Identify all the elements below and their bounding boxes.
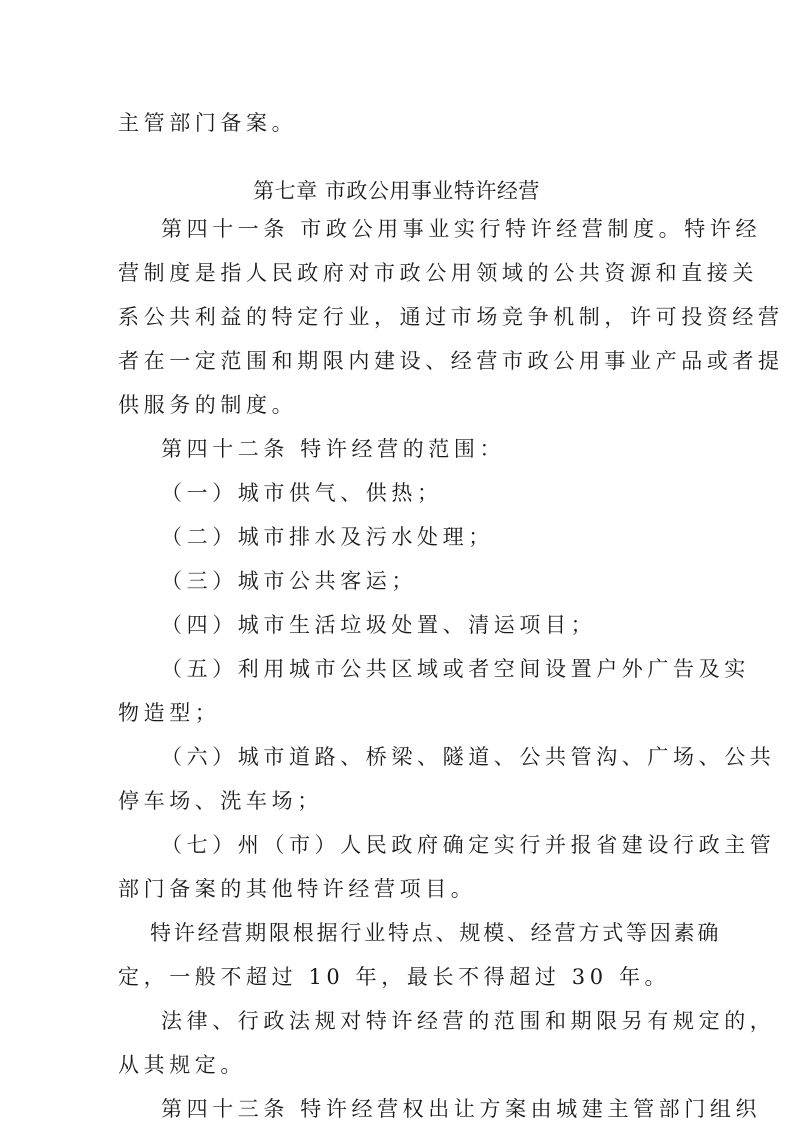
list-item-6-line-1: （六）城市道路、桥梁、隧道、公共管沟、广场、公共	[161, 742, 721, 772]
article-41-line-3: 系公共利益的特定行业，通过市场竞争机制，许可投资经营	[118, 302, 678, 332]
paragraph-line: 主管部门备案。	[118, 108, 678, 138]
chapter-heading: 第七章 市政公用事业特许经营	[0, 176, 793, 206]
article-41-line-5: 供服务的制度。	[118, 390, 678, 420]
law-paragraph-line-2: 从其规定。	[118, 1050, 678, 1080]
article-41-line-4: 者在一定范围和期限内建设、经营市政公用事业产品或者提	[118, 346, 678, 376]
list-item-7-line-2: 部门备案的其他特许经营项目。	[118, 874, 678, 904]
article-41-line-2: 营制度是指人民政府对市政公用领域的公共资源和直接关	[118, 258, 678, 288]
list-item-2: （二）城市排水及污水处理；	[161, 522, 721, 552]
list-item-5-line-2: 物造型；	[118, 698, 678, 728]
list-item-6-line-2: 停车场、洗车场；	[118, 786, 678, 816]
document-page: 主管部门备案。 第七章 市政公用事业特许经营 第四十一条 市政公用事业实行特许经…	[0, 0, 793, 1122]
term-paragraph-line-1: 特许经营期限根据行业特点、规模、经营方式等因素确	[150, 918, 710, 948]
list-item-1: （一）城市供气、供热；	[161, 478, 721, 508]
list-item-4: （四）城市生活垃圾处置、清运项目；	[161, 610, 721, 640]
article-42-title: 第四十二条 特许经营的范围：	[161, 434, 721, 464]
article-43-line-1: 第四十三条 特许经营权出让方案由城建主管部门组织	[161, 1094, 721, 1122]
term-paragraph-line-2: 定，一般不超过 10 年，最长不得超过 30 年。	[118, 962, 678, 992]
article-41-line-1: 第四十一条 市政公用事业实行特许经营制度。特许经	[161, 214, 721, 244]
list-item-5-line-1: （五）利用城市公共区域或者空间设置户外广告及实	[161, 654, 721, 684]
list-item-7-line-1: （七）州（市）人民政府确定实行并报省建设行政主管	[161, 830, 721, 860]
law-paragraph-line-1: 法律、行政法规对特许经营的范围和期限另有规定的，	[161, 1006, 721, 1036]
list-item-3: （三）城市公共客运；	[161, 566, 721, 596]
